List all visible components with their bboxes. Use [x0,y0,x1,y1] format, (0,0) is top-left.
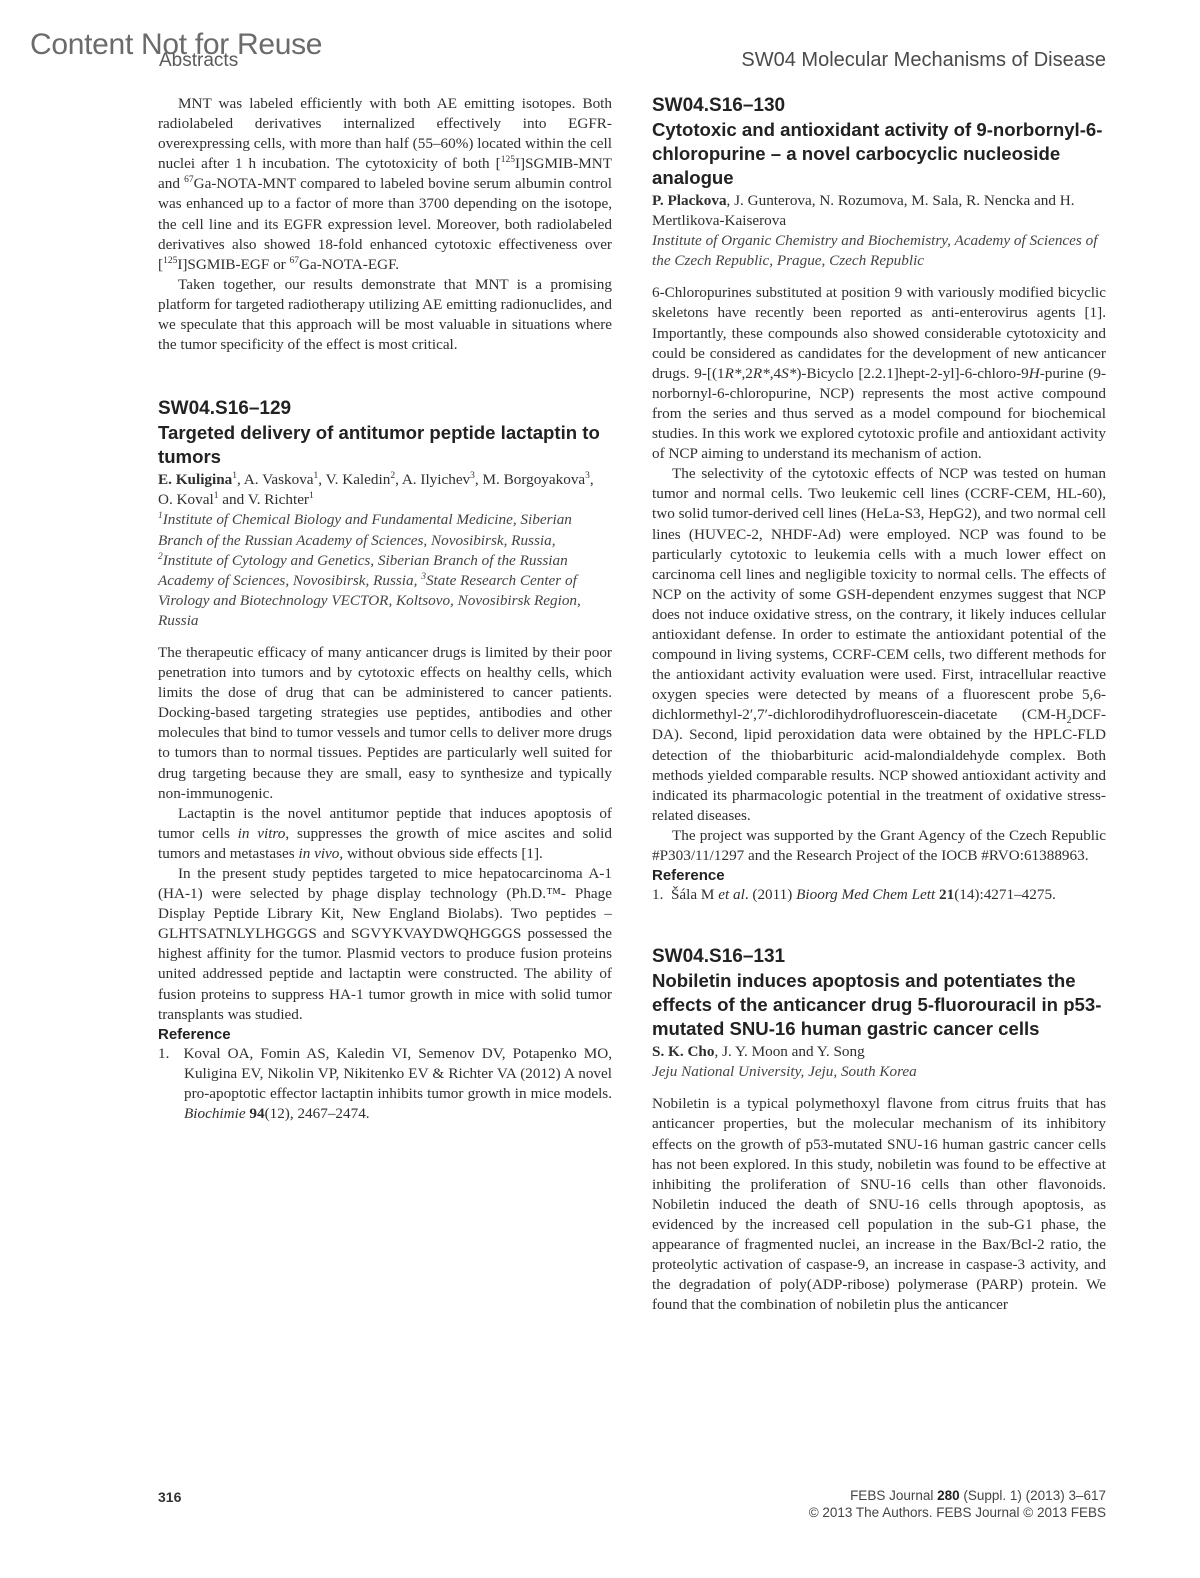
copyright-line: © 2013 The Authors. FEBS Journal © 2013 … [809,1504,1106,1521]
page-number: 316 [158,1489,181,1505]
paragraph: The project was supported by the Grant A… [652,826,1106,866]
author-list: S. K. Cho, J. Y. Moon and Y. Song [652,1042,1106,1062]
affiliations: 1Institute of Chemical Biology and Funda… [158,510,612,631]
journal-citation-footer: FEBS Journal 280 (Suppl. 1) (2013) 3–617… [809,1487,1106,1521]
author-name: E. Kuligina [158,471,232,488]
author-affiliation-marker: 1 [314,471,319,481]
abstract-id: SW04.S16–131 [652,945,1106,969]
paragraph: Nobiletin is a typical polymethoxyl flav… [652,1094,1106,1315]
author-affiliation-marker: 3 [585,471,590,481]
paragraph: The selectivity of the cytotoxic effects… [652,464,1106,826]
author-affiliation-marker: 1 [309,491,314,501]
author-affiliation-marker: 3 [470,471,475,481]
reference-heading: Reference [158,1025,612,1044]
reference-item: 1. Šála M et al. (2011) Bioorg Med Chem … [652,885,1106,905]
abstract-131: SW04.S16–131 Nobiletin induces apoptosis… [652,945,1106,1315]
running-header-right: SW04 Molecular Mechanisms of Disease [741,49,1106,72]
paragraph: The therapeutic efficacy of many antican… [158,643,612,804]
paragraph: In the present study peptides targeted t… [158,864,612,1025]
author-name: V. Richter [248,491,309,508]
reference-item: 1. Koval OA, Fomin AS, Kaledin VI, Semen… [158,1044,612,1124]
paragraph: 6-Chloropurines substituted at position … [652,283,1106,464]
abstract-129: SW04.S16–129 Targeted delivery of antitu… [158,397,612,1124]
abstract-id: SW04.S16–129 [158,397,612,421]
author-name: A. Ilyichev [402,471,470,488]
author-affiliation-marker: 1 [214,491,219,501]
author-name: A. Vaskova [244,471,314,488]
continued-abstract: MNT was labeled efficiently with both AE… [158,94,612,355]
affiliation: Jeju National University, Jeju, South Ko… [652,1062,1106,1082]
author-affiliation-marker: 1 [232,471,237,481]
reference-heading: Reference [652,866,1106,885]
right-column: SW04.S16–130 Cytotoxic and antioxidant a… [652,94,1106,1315]
abstract-title: Cytotoxic and antioxidant activity of 9-… [652,118,1106,190]
author-name: V. Kaledin [326,471,391,488]
paragraph: MNT was labeled efficiently with both AE… [158,94,612,275]
left-column: MNT was labeled efficiently with both AE… [158,94,612,1124]
abstract-id: SW04.S16–130 [652,94,1106,118]
abstract-130: SW04.S16–130 Cytotoxic and antioxidant a… [652,94,1106,905]
affiliation: Institute of Organic Chemistry and Bioch… [652,231,1106,271]
paragraph: Taken together, our results demonstrate … [158,275,612,355]
author-list: P. Plackova, J. Gunterova, N. Rozumova, … [652,191,1106,231]
watermark: Content Not for Reuse [30,28,322,62]
author-list: E. Kuligina1, A. Vaskova1, V. Kaledin2, … [158,470,612,510]
abstract-title: Nobiletin induces apoptosis and potentia… [652,969,1106,1041]
author-name: M. Borgoyakova [483,471,586,488]
affiliation-text: Institute of Chemical Biology and Fundam… [158,511,572,548]
journal-line: FEBS Journal 280 (Suppl. 1) (2013) 3–617 [809,1487,1106,1504]
author-name: O. Koval [158,491,214,508]
abstract-title: Targeted delivery of antitumor peptide l… [158,421,612,469]
paragraph: Lactaptin is the novel antitumor peptide… [158,804,612,864]
author-affiliation-marker: 2 [390,471,395,481]
